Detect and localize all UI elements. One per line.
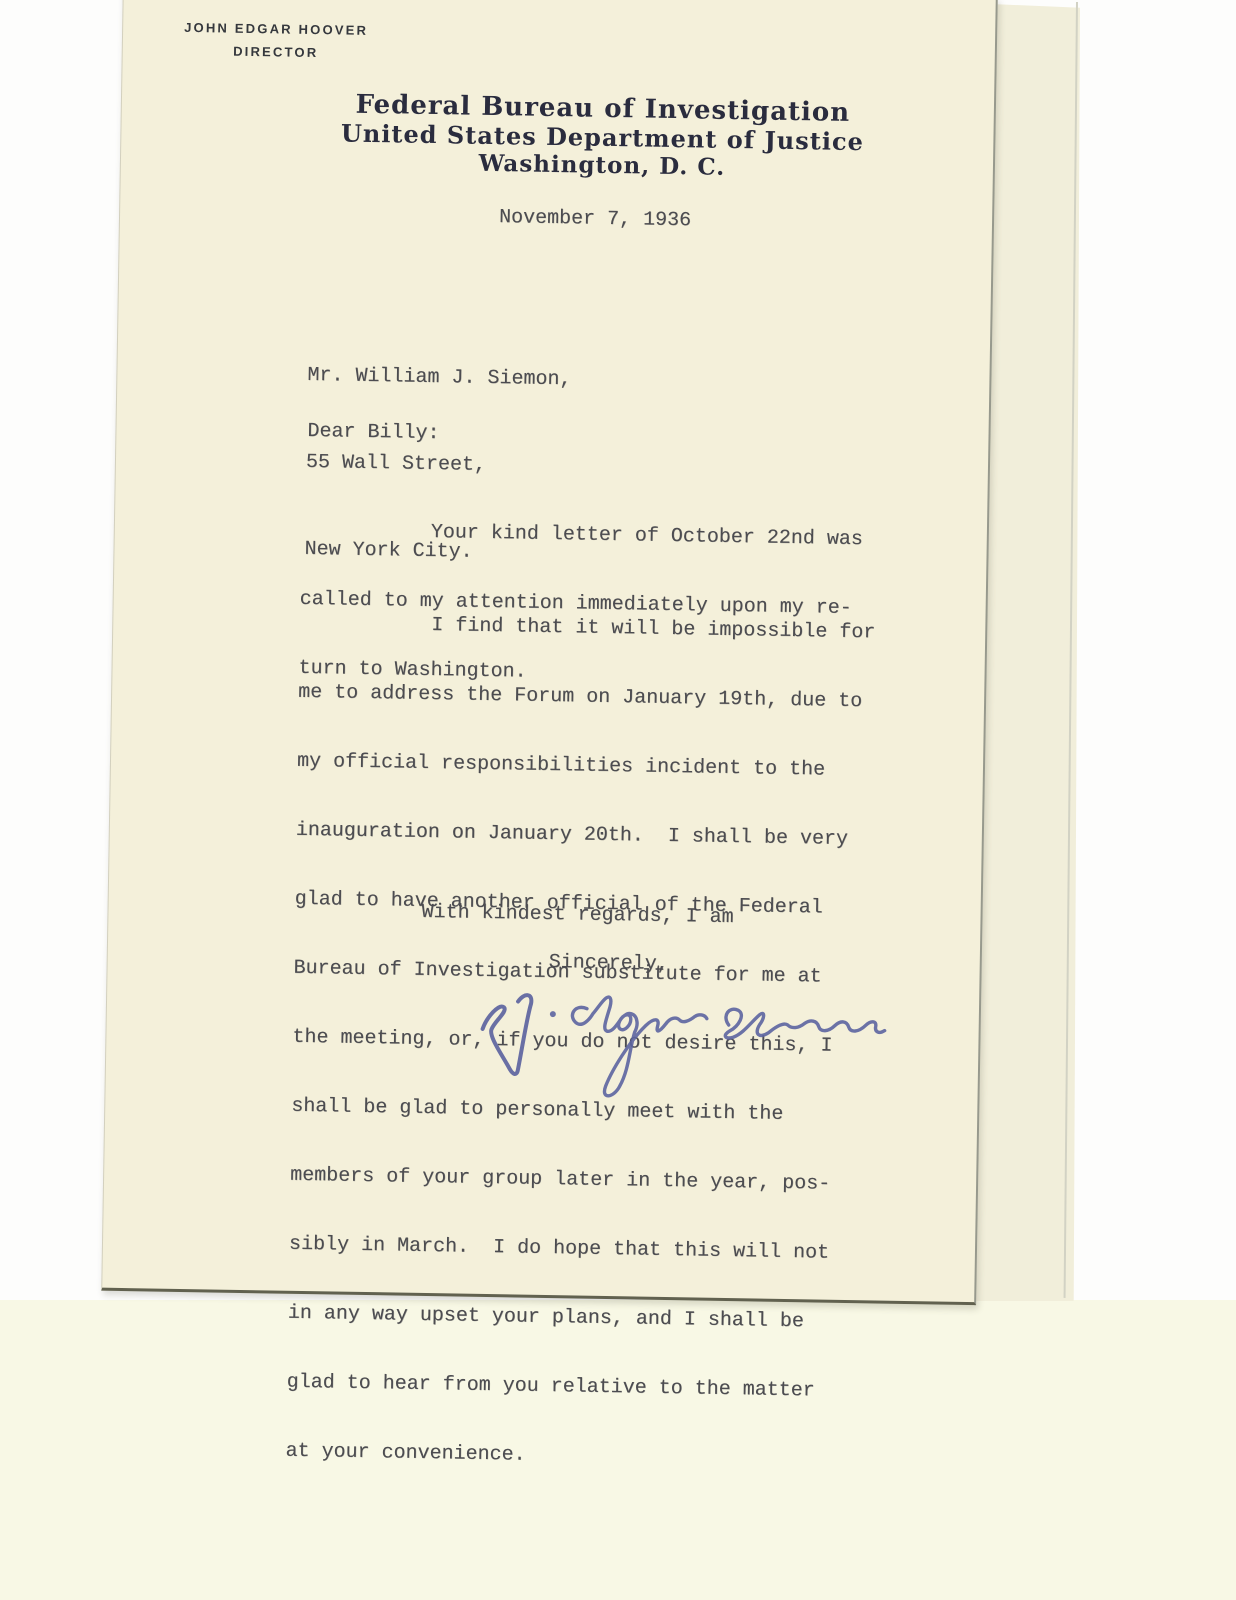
typed-line: I find that it will be impossible for [299, 612, 875, 645]
sender-name: JOHN EDGAR HOOVER [173, 16, 379, 42]
typed-line: me to address the Forum on January 19th,… [298, 681, 874, 714]
typed-line: at your convenience. [285, 1440, 861, 1473]
letterhead: Federal Bureau of Investigation United S… [302, 89, 903, 184]
typed-line: inauguration on January 20th. I shall be… [296, 819, 872, 852]
letter-page: JOHN EDGAR HOOVER DIRECTOR Federal Burea… [101, 0, 998, 1305]
salutation: Dear Billy: [307, 420, 439, 445]
sender-title: DIRECTOR [173, 39, 379, 65]
typed-line: in any way upset your plans, and I shall… [288, 1302, 864, 1335]
date-line: November 7, 1936 [499, 206, 691, 232]
signature-ink-strokes [465, 971, 897, 1120]
typed-line: members of your group later in the year,… [290, 1164, 866, 1197]
scan-page: { "sender": { "name": "JOHN EDGAR HOOVER… [0, 0, 1236, 1600]
typed-line: glad to hear from you relative to the ma… [287, 1371, 863, 1404]
sender-block: JOHN EDGAR HOOVER DIRECTOR [173, 16, 380, 65]
typed-line: sibly in March. I do hope that this will… [289, 1233, 865, 1266]
typed-line: Your kind letter of October 22nd was [301, 519, 863, 551]
typed-line: my official responsibilities incident to… [297, 750, 873, 783]
signature-handwriting [465, 971, 897, 1120]
recipient-name: Mr. William J. Siemon, [307, 361, 571, 394]
